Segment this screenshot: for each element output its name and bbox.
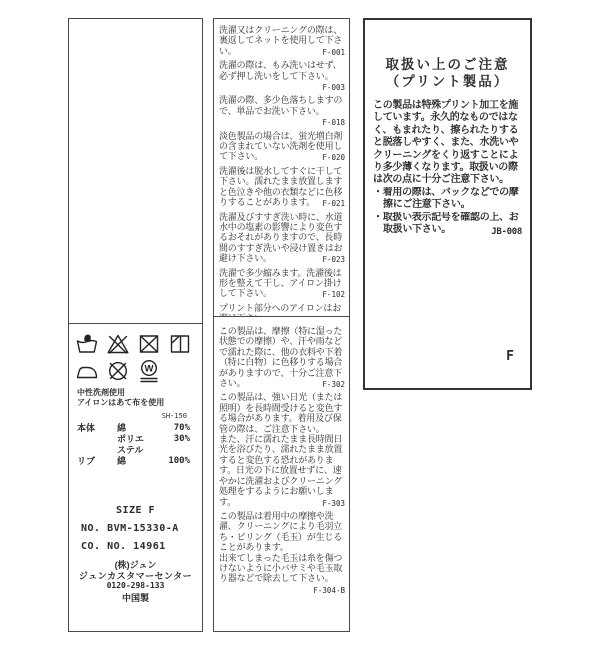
customer-phone: 0120-298-133 [69, 581, 202, 590]
wash-instructions-panel: 洗濯又はクリーニングの際は、裏返してネットを使用して下さい。 F-001 洗濯の… [213, 18, 350, 632]
composition-material: 綿 [117, 456, 152, 467]
notice-title: 取扱い上のご注意 （プリント製品） [365, 56, 530, 90]
wash-instructions-list: 洗濯又はクリーニングの際は、裏返してネットを使用して下さい。 F-001 洗濯の… [214, 19, 349, 317]
iron-note: アイロンはあて布を使用 [77, 398, 196, 408]
composition-part [77, 434, 117, 456]
size-mark: F [506, 349, 514, 364]
care-instruction-code: F-001 [322, 46, 345, 58]
notice-bullet-text: ・着用の際は、バックなどでの摩擦にご注意下さい。 [373, 187, 519, 210]
composition-row: 本体 綿 70% [77, 423, 190, 434]
composition-material: 綿 [117, 423, 152, 434]
shade-hang-dry-icon [168, 332, 192, 356]
care-instruction: この製品は、強い日光（または照明）を長時間受けると変色する場合があります。着用及… [219, 392, 345, 508]
svg-text:W: W [145, 363, 154, 374]
care-instruction-code: F-021 [322, 197, 345, 209]
notice-title-line1: 取扱い上のご注意 [365, 56, 530, 73]
composition-part: 本体 [77, 423, 117, 434]
care-instruction-code: F-018 [322, 116, 345, 128]
product-number: NO. BVM-15330-A [81, 523, 179, 534]
composition-row: ポリエステル 30% [77, 434, 190, 456]
caution-instructions-list: この製品は、摩擦（特に湿った状態での摩擦）や、汗や雨などで濡れた際に、他の衣料や… [214, 317, 349, 626]
iron-icon [75, 359, 99, 383]
size-label: SIZE F [69, 505, 202, 516]
composition-percent: 100% [152, 456, 190, 467]
care-label-sheet: { "colors": { "border": "#4a4a4a", "text… [0, 0, 600, 650]
care-instruction: プリント部分へのアイロンはお避け下さい。 F-206 [219, 303, 345, 317]
notice-body: この製品は特殊プリント加工を施しています。永久的なものではなく、もまれたり、擦ら… [373, 100, 522, 187]
company-number: CO. NO. 14961 [81, 541, 166, 552]
care-instruction-text: この製品は着用中の摩擦や洗濯、クリーニングにより毛羽立ち・ピリング（毛玉）が生じ… [219, 511, 342, 583]
composition-part: リブ [77, 456, 117, 467]
detergent-note: 中性洗剤使用 [77, 388, 196, 398]
notice-bullet-code: JB-008 [491, 224, 522, 238]
care-symbols-row-1 [75, 332, 192, 356]
left-panel-divider [69, 323, 202, 324]
hand-wash-icon [75, 332, 99, 356]
do-not-tumble-dry-icon [137, 332, 161, 356]
notice-bullets: ・着用の際は、バックなどでの摩擦にご注意下さい。 ・取扱い表示記号を確認の上、お… [373, 187, 522, 239]
care-instruction-code: F-302 [322, 378, 345, 390]
composition-material: ポリエステル [117, 434, 152, 456]
do-not-dry-clean-icon [106, 359, 130, 383]
care-symbols-row-2: W [75, 359, 161, 383]
care-instruction: 洗濯で多少縮みます。洗濯後は形を整えて干し、アイロン掛けして下さい。 F-102 [219, 268, 345, 301]
care-instruction: 洗濯又はクリーニングの際は、裏返してネットを使用して下さい。 F-001 [219, 25, 345, 58]
composition-label-panel: W 中性洗剤使用 アイロンはあて布を使用 SH-150 本体 綿 70% ポリエ… [68, 18, 203, 632]
care-instruction-text: 洗濯の際は、もみ洗いはせず、必ず押し洗いをして下さい。 [219, 60, 341, 80]
composition-row: リブ 綿 100% [77, 456, 190, 467]
care-instruction-text: この製品は、強い日光（または照明）を長時間受けると変色する場合があります。着用及… [219, 392, 342, 506]
care-instruction-code: F-003 [322, 81, 345, 93]
care-instruction-code: F-102 [322, 288, 345, 300]
care-instruction: 洗濯及びすすぎ洗い時に、水道水中の塩素の影響により変色するおそれがありますので、… [219, 212, 345, 266]
care-instruction: 洗濯の際は、もみ洗いはせず、必ず押し洗いをして下さい。 F-003 [219, 60, 345, 93]
composition-table: 本体 綿 70% ポリエステル 30% リブ 綿 100% [77, 423, 190, 467]
composition-percent: 70% [152, 423, 190, 434]
do-not-bleach-icon [106, 332, 130, 356]
notice-bullet: ・着用の際は、バックなどでの摩擦にご注意下さい。 [373, 187, 522, 212]
care-instruction-code: F-303 [322, 497, 345, 509]
care-instruction: この製品は、摩擦（特に湿った状態での摩擦）や、汗や雨などで濡れた際に、他の衣料や… [219, 326, 345, 390]
care-instruction: この製品は着用中の摩擦や洗濯、クリーニングにより毛羽立ち・ピリング（毛玉）が生じ… [219, 511, 345, 596]
care-instruction: 洗濯後は脱水してすぐに干して下さい。濡れたまま放置しますと色泣きや他の衣類などに… [219, 166, 345, 210]
care-instruction-code: F-020 [322, 151, 345, 163]
care-instruction-code: F-023 [322, 253, 345, 265]
country-of-origin: 中国製 [69, 591, 202, 604]
notice-bullet: ・取扱い表示記号を確認の上、お取扱い下さい。 JB-008 [373, 212, 522, 239]
care-instruction: 淡色製品の場合は、蛍光増白剤の含まれていない洗剤を使用して下さい。 F-020 [219, 131, 345, 164]
care-instruction: 洗濯の際、多少色落ちしますので、単品でお洗い下さい。 F-018 [219, 95, 345, 128]
composition-percent: 30% [152, 434, 190, 456]
handling-notice-panel: 取扱い上のご注意 （プリント製品） この製品は特殊プリント加工を施しています。永… [363, 18, 532, 390]
wet-clean-gentle-icon: W [137, 359, 161, 383]
care-instruction-code: F-304-B [313, 584, 345, 596]
care-instruction-text: 洗濯の際、多少色落ちしますので、単品でお洗い下さい。 [219, 95, 342, 115]
quality-code: SH-150 [162, 412, 187, 420]
notice-title-line2: （プリント製品） [365, 73, 530, 90]
